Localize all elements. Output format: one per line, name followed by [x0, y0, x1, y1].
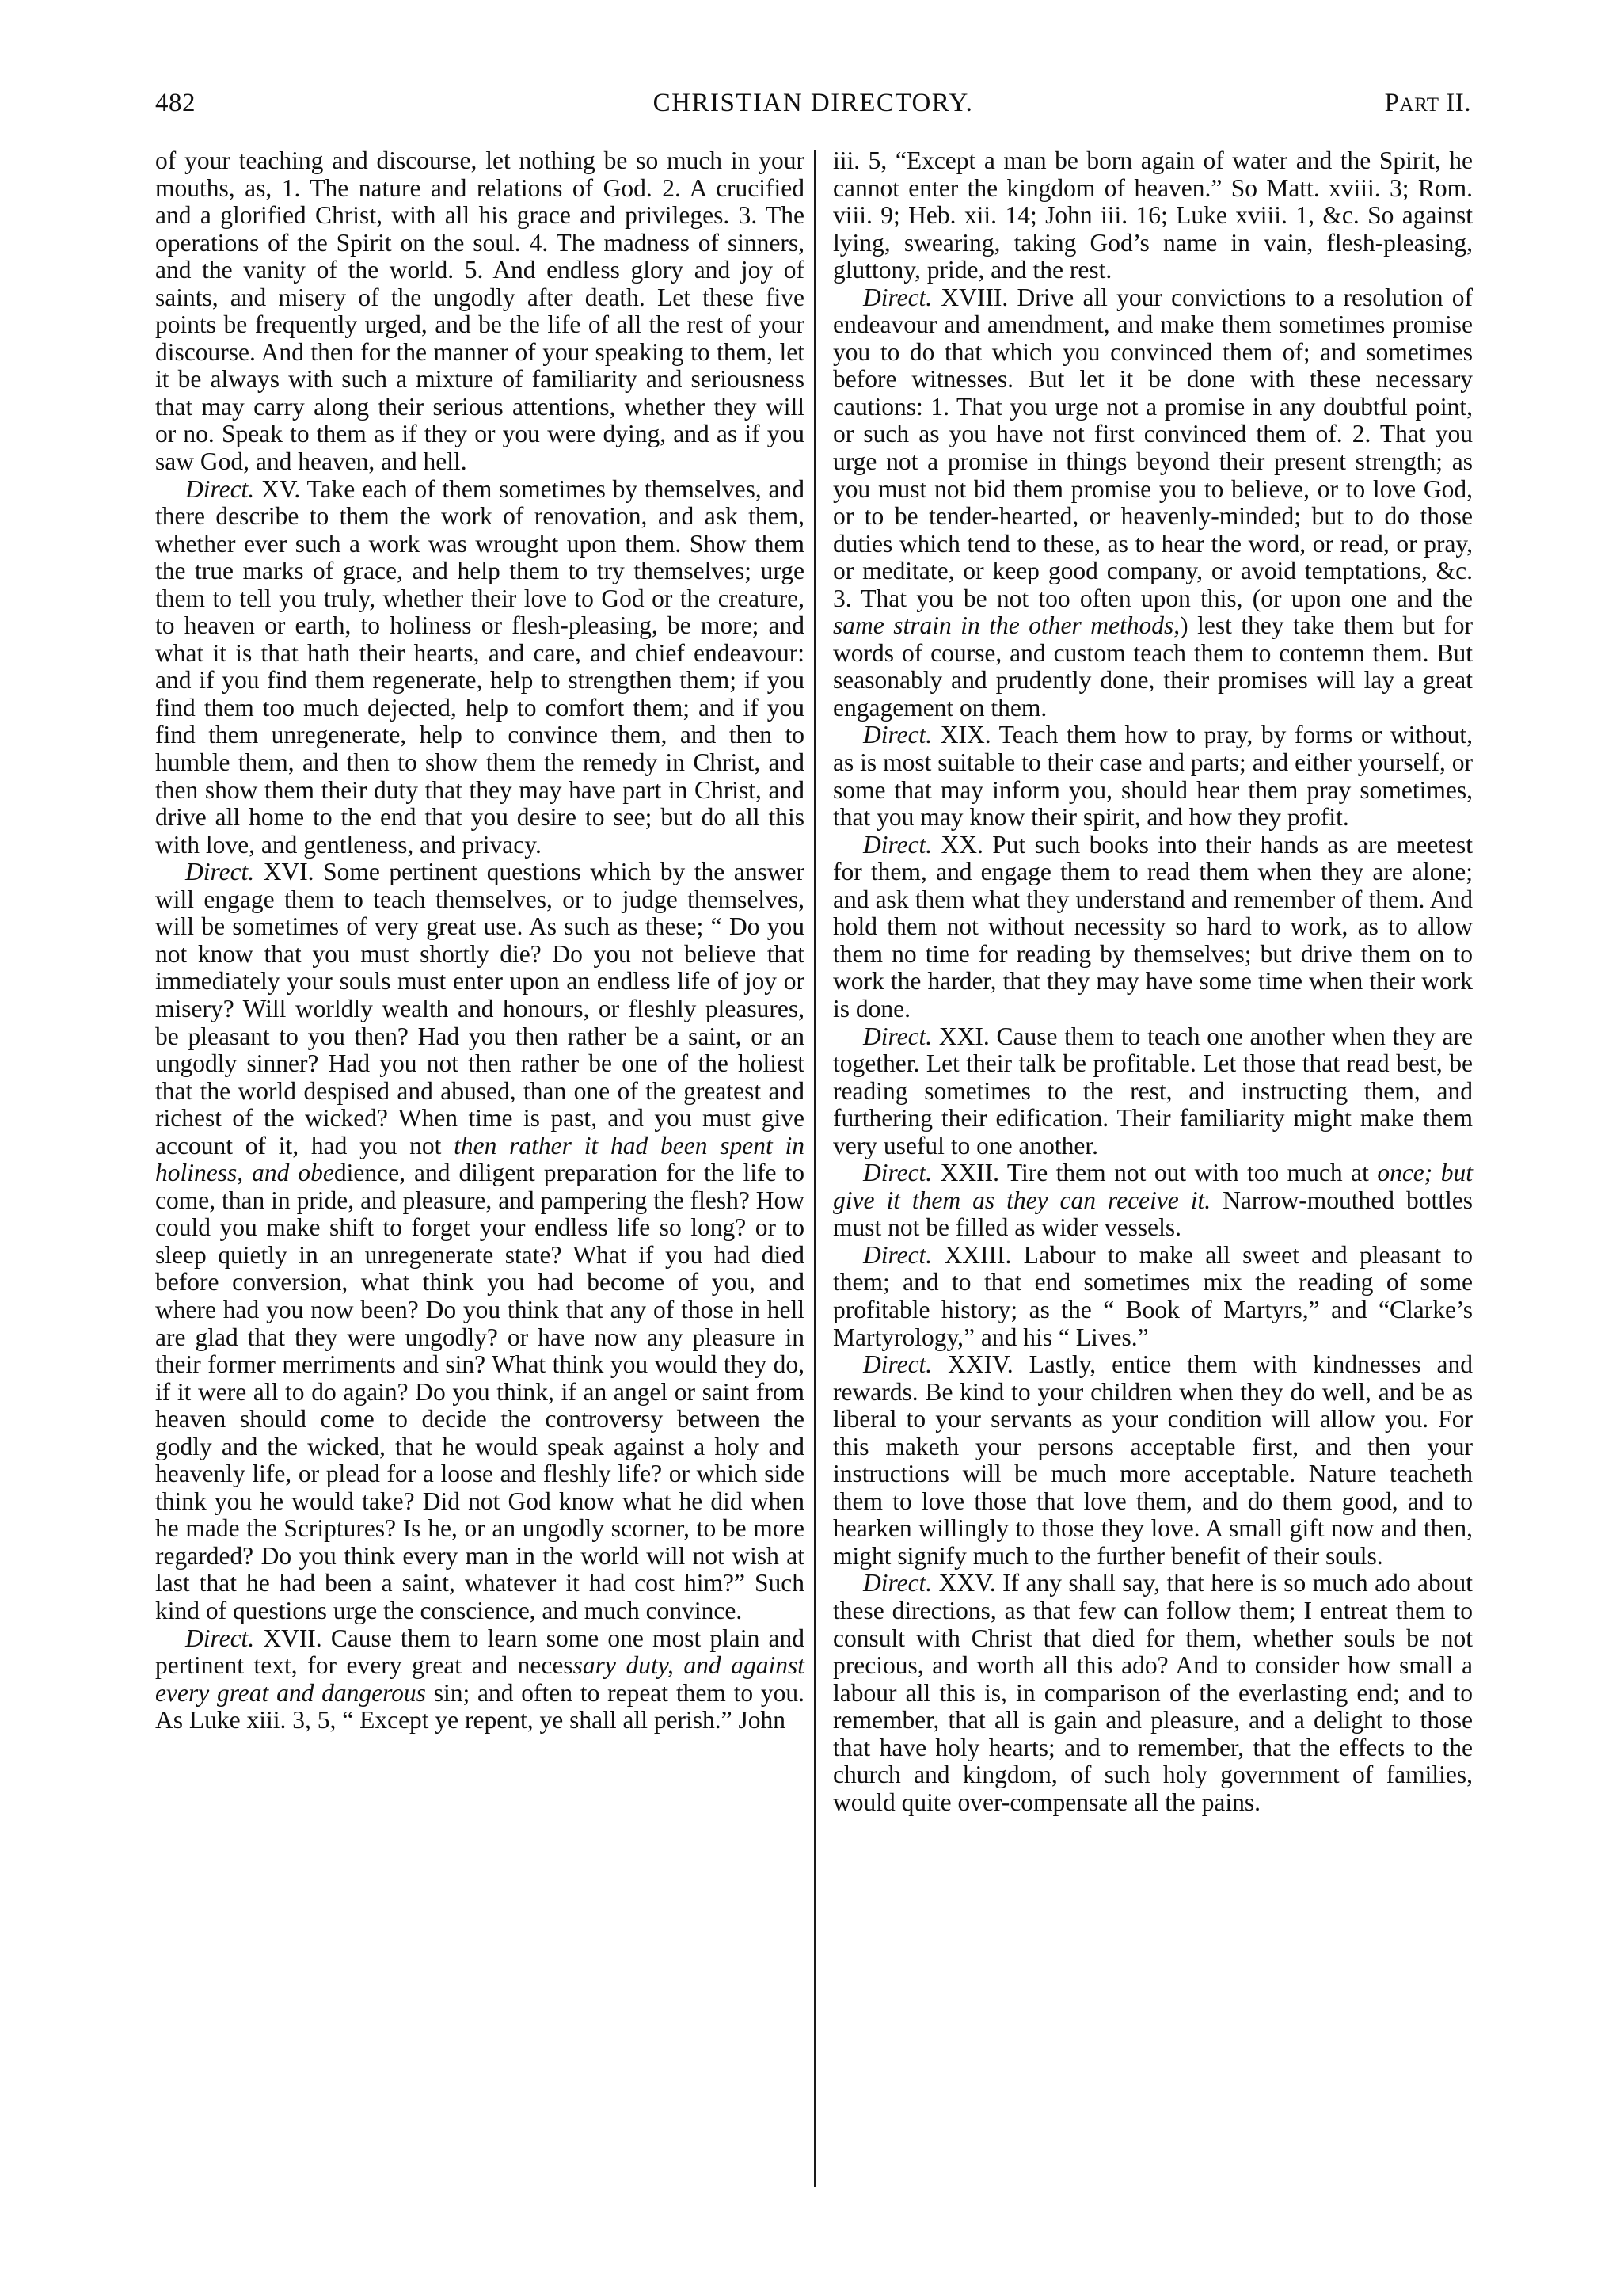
- paragraph-text: Tire them not out with too much at: [1007, 1159, 1377, 1186]
- direction-xxiii: Direct. XXIII. Labour to make all sweet …: [833, 1242, 1473, 1351]
- direction-label: Direct.: [185, 858, 254, 885]
- part-prefix: P: [1385, 89, 1400, 117]
- direction-label: Direct.: [863, 1022, 932, 1050]
- part-smallcaps: ART: [1400, 94, 1439, 116]
- direction-xix: Direct. XIX. Teach them how to pray, by …: [833, 722, 1473, 831]
- direction-label: Direct.: [863, 831, 932, 859]
- direction-number: XXII.: [932, 1159, 1007, 1186]
- direction-xxi: Direct. XXI. Cause them to teach one ano…: [833, 1023, 1473, 1160]
- paragraph-text: Lastly, entice them with kindnesses and …: [833, 1350, 1473, 1570]
- direction-label: Direct.: [863, 284, 932, 311]
- direction-number: XXI.: [932, 1022, 996, 1050]
- direction-label: Direct.: [863, 1159, 932, 1186]
- direction-xviii: Direct. XVIII. Drive all your conviction…: [833, 284, 1473, 722]
- direction-xvii: Direct. XVII. Cause them to learn some o…: [155, 1625, 804, 1734]
- direction-xxv: Direct. XXV. If any shall say, that here…: [833, 1570, 1473, 1816]
- direction-xxii: Direct. XXII. Tire them not out with too…: [833, 1159, 1473, 1242]
- paragraph-text: If any shall say, that here is so much a…: [833, 1569, 1473, 1815]
- direction-label: Direct.: [863, 1241, 932, 1269]
- direction-xvi: Direct. XVI. Some pertinent questions wh…: [155, 859, 804, 1624]
- paragraph-text: of your teaching and discourse, let noth…: [155, 147, 804, 475]
- italic-text: same strain in the other methods,: [833, 611, 1180, 639]
- direction-number: XXV.: [932, 1569, 1002, 1597]
- direction-xx: Direct. XX. Put such books into their ha…: [833, 832, 1473, 1023]
- direction-number: XVII.: [254, 1624, 331, 1652]
- direction-label: Direct.: [863, 721, 932, 748]
- direction-number: XVIII.: [932, 284, 1017, 311]
- paragraph-text: Some pertinent questions which by the an…: [155, 858, 804, 1159]
- left-column: of your teaching and discourse, let noth…: [155, 147, 804, 1734]
- direction-number: XVI.: [254, 858, 323, 885]
- direction-xxiv: Direct. XXIV. Lastly, entice them with k…: [833, 1351, 1473, 1570]
- direction-label: Direct.: [185, 1624, 254, 1652]
- direction-label: Direct.: [863, 1350, 932, 1378]
- paragraph-text: Put such books into their hands as are m…: [833, 831, 1473, 1022]
- running-head: 482 CHRISTIAN DIRECTORY. PART II.: [155, 89, 1471, 124]
- direction-xv: Direct. XV. Take each of them sometimes …: [155, 476, 804, 859]
- paragraph-continuation: iii. 5, “Except a man be born again of w…: [833, 147, 1473, 284]
- direction-label: Direct.: [185, 475, 254, 503]
- part-label: PART II.: [1385, 89, 1471, 118]
- paragraph-text: dience, and diligent preparation for the…: [155, 1159, 804, 1624]
- paragraph-continuation: of your teaching and discourse, let noth…: [155, 147, 804, 476]
- paragraph-text: Take each of them sometimes by themselve…: [155, 475, 804, 859]
- paragraph-text: Drive all your convictions to a resoluti…: [833, 284, 1473, 612]
- column-divider: [814, 150, 816, 2187]
- direction-number: XX.: [932, 831, 992, 859]
- part-numeral: II.: [1439, 89, 1471, 117]
- right-column: iii. 5, “Except a man be born again of w…: [833, 147, 1473, 1816]
- direction-number: XIX.: [932, 721, 998, 748]
- direction-number: XXIV.: [932, 1350, 1029, 1378]
- direction-number: XV.: [254, 475, 306, 503]
- book-title: CHRISTIAN DIRECTORY.: [155, 89, 1471, 118]
- direction-number: XXIII.: [932, 1241, 1023, 1269]
- direction-label: Direct.: [863, 1569, 932, 1597]
- paragraph-text: iii. 5, “Except a man be born again of w…: [833, 147, 1473, 284]
